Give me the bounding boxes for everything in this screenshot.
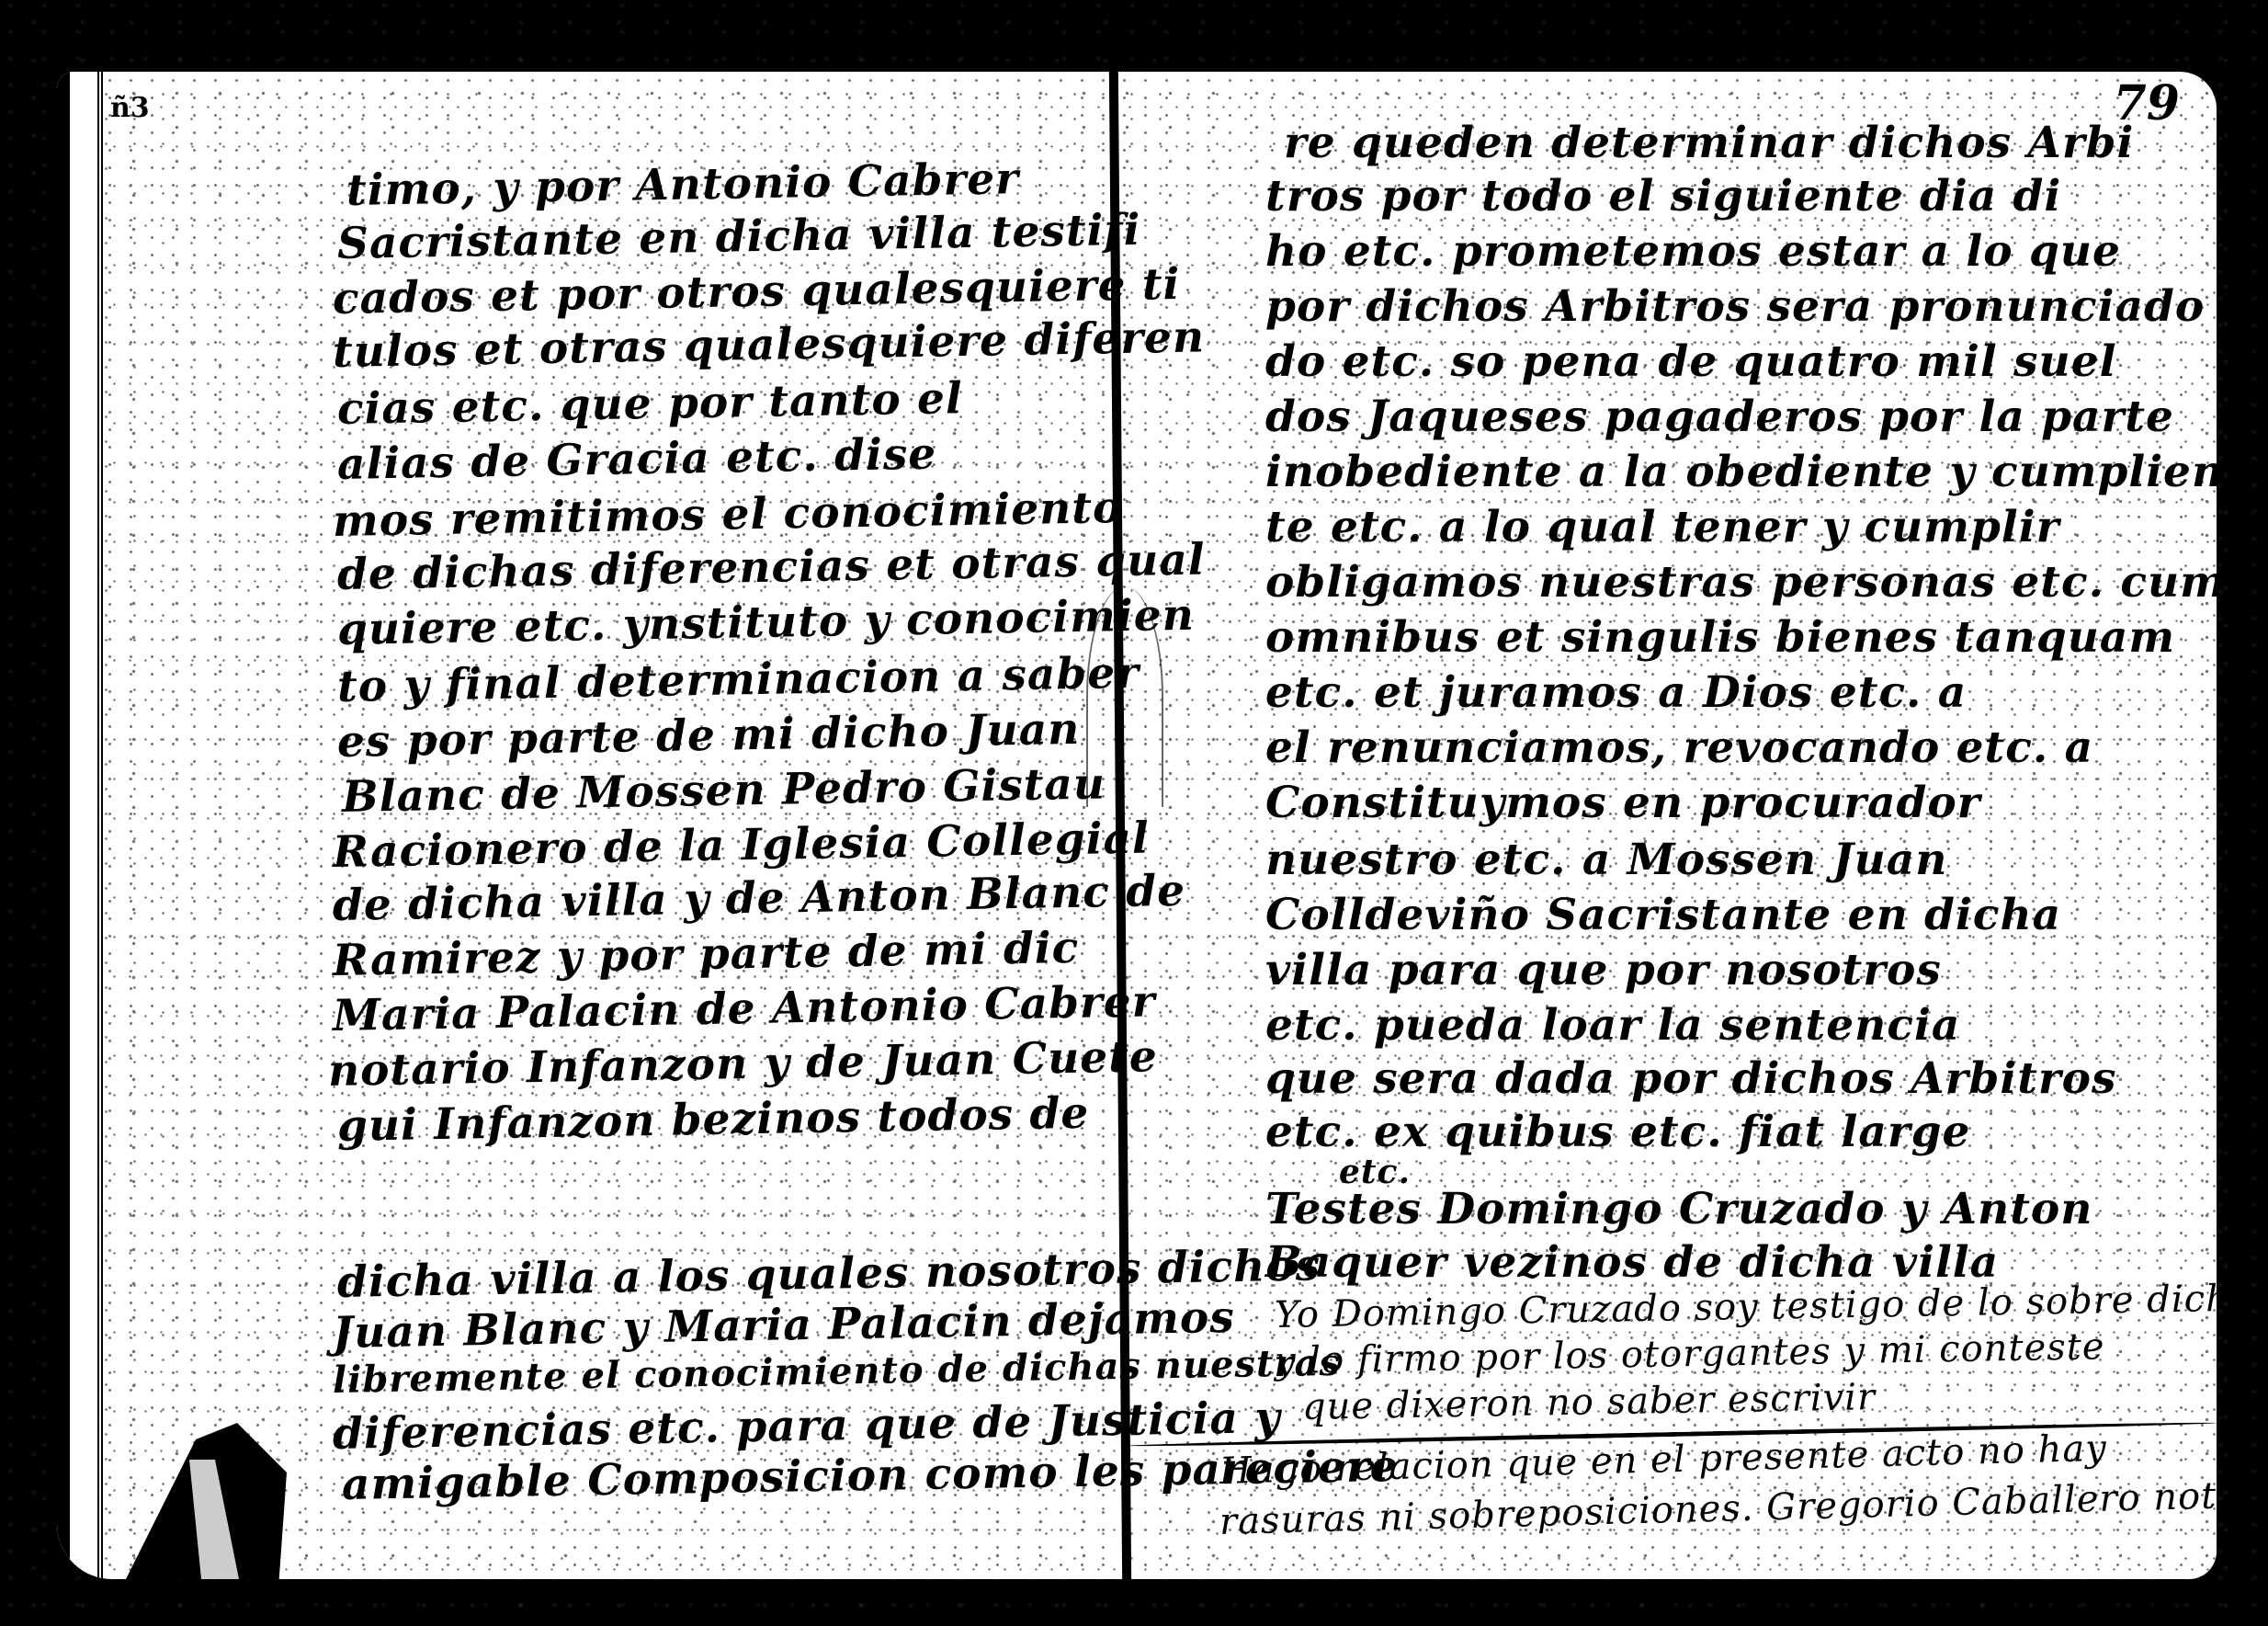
manuscript-line: etc. pueda loar la sentencia xyxy=(1265,1000,1960,1051)
open-manuscript-book: ñ3 timo, y por Antonio Cabrer Sacristant… xyxy=(57,72,2217,1579)
manuscript-line: Constituymos en procurador xyxy=(1265,778,1980,828)
manuscript-line: por dichos Arbitros sera pronunciado xyxy=(1265,281,2205,332)
manuscript-line: inobediente a la obediente y cumplien xyxy=(1265,447,2217,497)
manuscript-line: quiere etc. ynstituto y conocimien xyxy=(337,590,1196,655)
manuscript-line: el renunciamos, revocando etc. a xyxy=(1265,722,2093,773)
corner-mark: ñ3 xyxy=(110,92,150,124)
manuscript-line: es por parte de mi dicho Juan xyxy=(337,704,1081,768)
manuscript-line: etc. ex quibus etc. fiat large xyxy=(1265,1107,1970,1157)
witness-signature-line: que dixeron no saber escrivir xyxy=(1302,1376,1877,1428)
manuscript-line: timo, y por Antonio Cabrer xyxy=(346,154,1020,216)
manuscript-line: gui Infanzon bezinos todos de xyxy=(337,1088,1090,1152)
manuscript-line: te etc. a lo qual tener y cumplir xyxy=(1265,502,2059,552)
manuscript-line: Maria Palacin de Antonio Cabrer xyxy=(333,976,1156,1041)
manuscript-line: notario Infanzon y de Juan Cuete xyxy=(328,1031,1159,1097)
manuscript-line: Colldeviño Sacristante en dicha xyxy=(1265,890,2061,940)
manuscript-line: alias de Gracia etc. dise xyxy=(337,429,937,490)
manuscript-line: tros por todo el siguiente dia di xyxy=(1265,171,2061,222)
manuscript-line: etc. et juramos a Dios etc. a xyxy=(1265,667,1967,718)
manuscript-line: to y final determinacion a saber xyxy=(337,648,1140,712)
manuscript-line: re queden determinar dichos Arbi xyxy=(1284,118,2134,168)
right-page: 79 re queden determinar dichos Arbi tros… xyxy=(1128,72,2217,1579)
manuscript-line: Ramirez y por parte de mi dic xyxy=(333,923,1080,986)
manuscript-line: cias etc. que por tanto el xyxy=(337,373,964,435)
manuscript-line: Sacristante en dicha villa testifi xyxy=(337,205,1141,269)
manuscript-line: que sera dada por dichos Arbitros xyxy=(1265,1053,2116,1104)
manuscript-line: omnibus et singulis bienes tanquam xyxy=(1265,612,2175,663)
manuscript-line: dos Jaqueses pagaderos por la parte xyxy=(1265,392,2174,442)
manuscript-line: Testes Domingo Cruzado y Anton xyxy=(1265,1184,2092,1234)
left-page: ñ3 timo, y por Antonio Cabrer Sacristant… xyxy=(57,72,1114,1579)
manuscript-line: Baquer vezinos de dicha villa xyxy=(1265,1237,1999,1288)
manuscript-line: nuestro etc. a Mossen Juan xyxy=(1265,835,1947,885)
manuscript-line: obligamos nuestras personas etc. cum xyxy=(1265,557,2217,608)
manuscript-line: villa para que por nosotros xyxy=(1265,945,1942,995)
manuscript-line: Blanc de Mossen Pedro Gistau xyxy=(342,758,1106,822)
manuscript-line: do etc. so pena de quatro mil suel xyxy=(1265,336,2116,387)
manuscript-line: ho etc. prometemos estar a lo que xyxy=(1265,226,2121,277)
